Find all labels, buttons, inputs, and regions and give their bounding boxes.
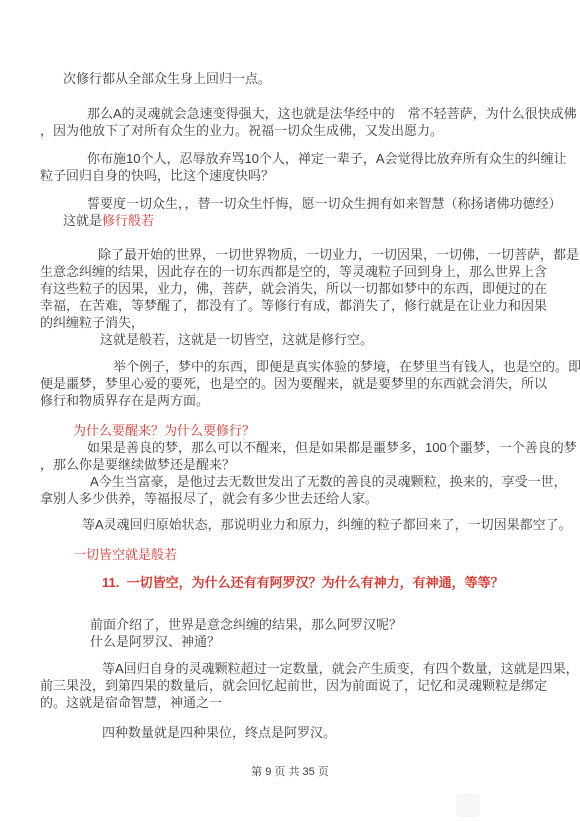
text-run: 便是噩梦，梦里心爱的要死，也是空的。因为要醒来，就是要梦里的东西就会消失，所以 [40,376,547,391]
document-page: 次修行都从全部众生身上回归一点。那么A的灵魂就会急速变得强大，这也就是法华经中的… [0,0,580,821]
text-run: 什么是阿罗汉、神通？ [90,634,220,649]
text-run: 为什么要醒来？为什么要修行？ [73,423,255,438]
text-run: ，那么你是要继续做梦还是醒来？ [40,457,235,472]
text-run: 的。这就是宿命智慧，神通之一 [40,695,222,710]
text-line: 你布施10个人，忍辱放弃骂10个人，禅定一辈子，A会觉得比放弃所有众生的纠缠让 [40,150,540,167]
text-line: 幸福，在苦难，等梦醒了，都没有了。等修行有成，都消失了，修行就是在让业力和因果 [40,297,540,314]
text-run: 11. 一切皆空，为什么还有有阿罗汉？为什么有神力，有神通，等等？ [102,575,504,590]
text-run: 次修行都从全部众生身上回归一点。 [63,71,271,86]
text-run: 粒子回归自身的快吗，比这个速度快吗？ [40,168,274,183]
text-line: 11. 一切皆空，为什么还有有阿罗汉？为什么有神力，有神通，等等？ [40,574,540,591]
text-run: 这就是般若，这就是一切皆空，这就是修行空。 [100,332,373,347]
watermark [456,793,480,817]
text-run: A今生当富豪，是他过去无数世发出了无数的善良的灵魂颗粒，换来的，享受一世， [90,474,567,489]
text-line: 修行和物质界存在是两方面。 [40,392,540,409]
text-run: 除了最开始的世界，一切世界物质，一切业力，一切因果，一切佛，一切菩萨，都是众 [98,247,580,262]
text-run: 的纠缠粒子消失， [40,315,144,330]
text-run: 等A灵魂回归原始状态，那说明业力和原力，纠缠的粒子都回来了，一切因果都空了。 [82,517,572,532]
page-footer: 第 9 页 共 35 页 [0,763,580,779]
text-line: 生意念纠缠的结果，因此存在的一切东西都是空的，等灵魂粒子回到身上，那么世界上含 [40,263,540,280]
text-line: 为什么要醒来？为什么要修行？ [40,422,540,439]
text-run: 有这些粒子的因果，业力，佛，菩萨，就会消失，所以一切都如梦中的东西，即便过的在 [40,281,547,296]
text-line: 的纠缠粒子消失， [40,314,540,331]
text-line: 有这些粒子的因果，业力，佛，菩萨，就会消失，所以一切都如梦中的东西，即便过的在 [40,280,540,297]
text-line: 这就是般若，这就是一切皆空，这就是修行空。 [40,331,540,348]
text-line: A今生当富豪，是他过去无数世发出了无数的善良的灵魂颗粒，换来的，享受一世， [40,473,540,490]
text-run: 前面介绍了，世界是意念纠缠的结果，那么阿罗汉呢？ [90,617,402,632]
text-run: 你布施10个人，忍辱放弃骂10个人，禅定一辈子，A会觉得比放弃所有众生的纠缠让 [87,151,567,166]
text-run: 幸福，在苦难，等梦醒了，都没有了。等修行有成，都消失了，修行就是在让业力和因果 [40,298,547,313]
text-line: 的。这就是宿命智慧，神通之一 [40,694,540,711]
text-line: 一切皆空就是般若 [40,546,540,563]
document-body: 次修行都从全部众生身上回归一点。那么A的灵魂就会急速变得强大，这也就是法华经中的… [40,70,540,741]
text-line: 粒子回归自身的快吗，比这个速度快吗？ [40,167,540,184]
text-line: 前三果没，到第四果的数量后，就会回忆起前世，因为前面说了，记忆和灵魂颗粒是绑定 [40,677,540,694]
text-line: 除了最开始的世界，一切世界物质，一切业力，一切因果，一切佛，一切菩萨，都是众 [40,246,540,263]
text-line: 等A回归自身的灵魂颗粒超过一定数量，就会产生质变，有四个数量，这就是四果， [40,660,540,677]
text-line: 什么是阿罗汉、神通？ [40,633,540,650]
text-line: 便是噩梦，梦里心爱的要死，也是空的。因为要醒来，就是要梦里的东西就会消失，所以 [40,375,540,392]
text-run: 誓要度一切众生，，替一切众生忏悔，愿一切众生拥有如来智慧（称扬诸佛功德经） [87,196,562,211]
text-line: 那么A的灵魂就会急速变得强大，这也就是法华经中的 常不轻菩萨，为什么很快成佛 [40,105,540,122]
text-run: 举个例子，梦中的东西，即便是真实体验的梦境，在梦里当有钱人，也是空的。即 [113,359,580,374]
text-run: 前三果没，到第四果的数量后，就会回忆起前世，因为前面说了，记忆和灵魂颗粒是绑定 [40,678,547,693]
text-run: 四种数量就是四种果位，终点是阿罗汉。 [102,725,336,740]
text-run: 如果是善良的梦，那么可以不醒来，但是如果都是噩梦多，100个噩梦，一个善良的梦 [87,440,577,455]
text-run: 一切皆空就是般若 [73,547,177,562]
text-line: 举个例子，梦中的东西，即便是真实体验的梦境，在梦里当有钱人，也是空的。即 [40,358,540,375]
text-line: 誓要度一切众生，，替一切众生忏悔，愿一切众生拥有如来智慧（称扬诸佛功德经） [40,195,540,212]
text-run: 等A回归自身的灵魂颗粒超过一定数量，就会产生质变，有四个数量，这就是四果， [102,661,579,676]
text-run: ，因为他放下了对所有众生的业力。祝福一切众生成佛，又发出愿力。 [40,123,443,138]
text-run: 这就是 [63,213,102,228]
text-line: ，那么你是要继续做梦还是醒来？ [40,456,540,473]
text-line: ，因为他放下了对所有众生的业力。祝福一切众生成佛，又发出愿力。 [40,122,540,139]
text-line: 如果是善良的梦，那么可以不醒来，但是如果都是噩梦多，100个噩梦，一个善良的梦 [40,439,540,456]
text-line: 拿别人多少供养，等福报尽了，就会有多少世去还给人家。 [40,490,540,507]
text-line: 次修行都从全部众生身上回归一点。 [40,70,540,87]
text-line: 四种数量就是四种果位，终点是阿罗汉。 [40,724,540,741]
text-line: 等A灵魂回归原始状态，那说明业力和原力，纠缠的粒子都回来了，一切因果都空了。 [40,516,540,533]
text-line: 这就是修行般若 [40,212,540,229]
text-run: 修行般若 [102,213,154,228]
text-run: 生意念纠缠的结果，因此存在的一切东西都是空的，等灵魂粒子回到身上，那么世界上含 [40,264,547,279]
text-run: 拿别人多少供养，等福报尽了，就会有多少世去还给人家。 [40,491,378,506]
text-run: 那么A的灵魂就会急速变得强大，这也就是法华经中的 常不轻菩萨，为什么很快成佛 [87,106,577,121]
text-run: 修行和物质界存在是两方面。 [40,393,209,408]
text-line: 前面介绍了，世界是意念纠缠的结果，那么阿罗汉呢？ [40,616,540,633]
